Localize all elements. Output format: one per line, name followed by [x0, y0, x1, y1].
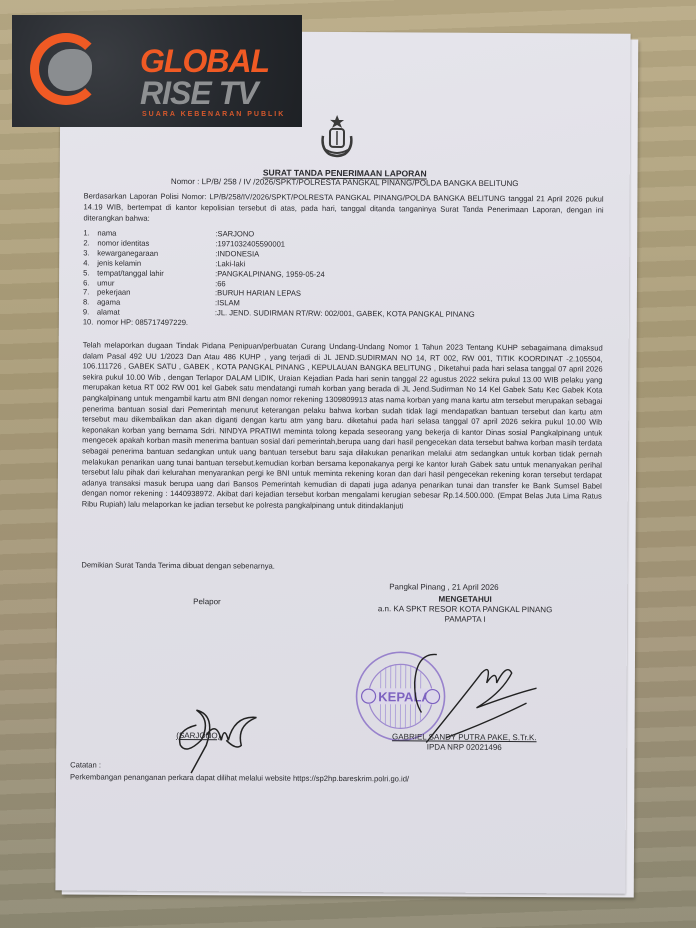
- approver-line1: a.n. KA SPKT RESOR KOTA PANGKAL PINANG: [357, 604, 573, 615]
- place-date: Pangkal Pinang , 21 April 2026: [389, 582, 498, 592]
- reporter-label: Pelapor: [193, 597, 221, 606]
- approver-block: MENGETAHUI a.n. KA SPKT RESOR KOTA PANGK…: [357, 594, 573, 625]
- note-text: Perkembangan penanganan perkara dapat di…: [70, 771, 409, 785]
- logo-line2: RISE TV: [140, 75, 257, 112]
- watermark-logo: GLOBAL RISE TV SUARA KEBENARAN PUBLIK: [12, 15, 302, 127]
- approver-line2: PAMAPTA I: [357, 614, 573, 625]
- officer-rank: IPDA NRP 02021496: [356, 742, 572, 753]
- report-description: Telah melaporkan dugaan Tindak Pidana Pe…: [82, 340, 603, 513]
- logo-tagline: SUARA KEBENARAN PUBLIK: [142, 111, 285, 118]
- identity-list: 1.namaSARJONO 2.nomor identitas197103240…: [83, 228, 475, 329]
- closing-statement: Demikian Surat Tanda Terima dibuat denga…: [81, 560, 275, 570]
- intro-paragraph: Berdasarkan Laporan Polisi Nomor: LP/B/2…: [83, 190, 603, 226]
- officer-block: GABRIEL SANDY PUTRA PAKE, S.Tr.K. IPDA N…: [356, 732, 572, 753]
- note-block: Catatan : Perkembangan penanganan perkar…: [70, 759, 409, 785]
- globe-icon: [48, 49, 92, 91]
- police-emblem-icon: [317, 114, 357, 158]
- report-document: SURAT TANDA PENERIMAAN LAPORAN Nomor : L…: [55, 30, 630, 893]
- reporter-name: (SARJONO): [176, 731, 220, 740]
